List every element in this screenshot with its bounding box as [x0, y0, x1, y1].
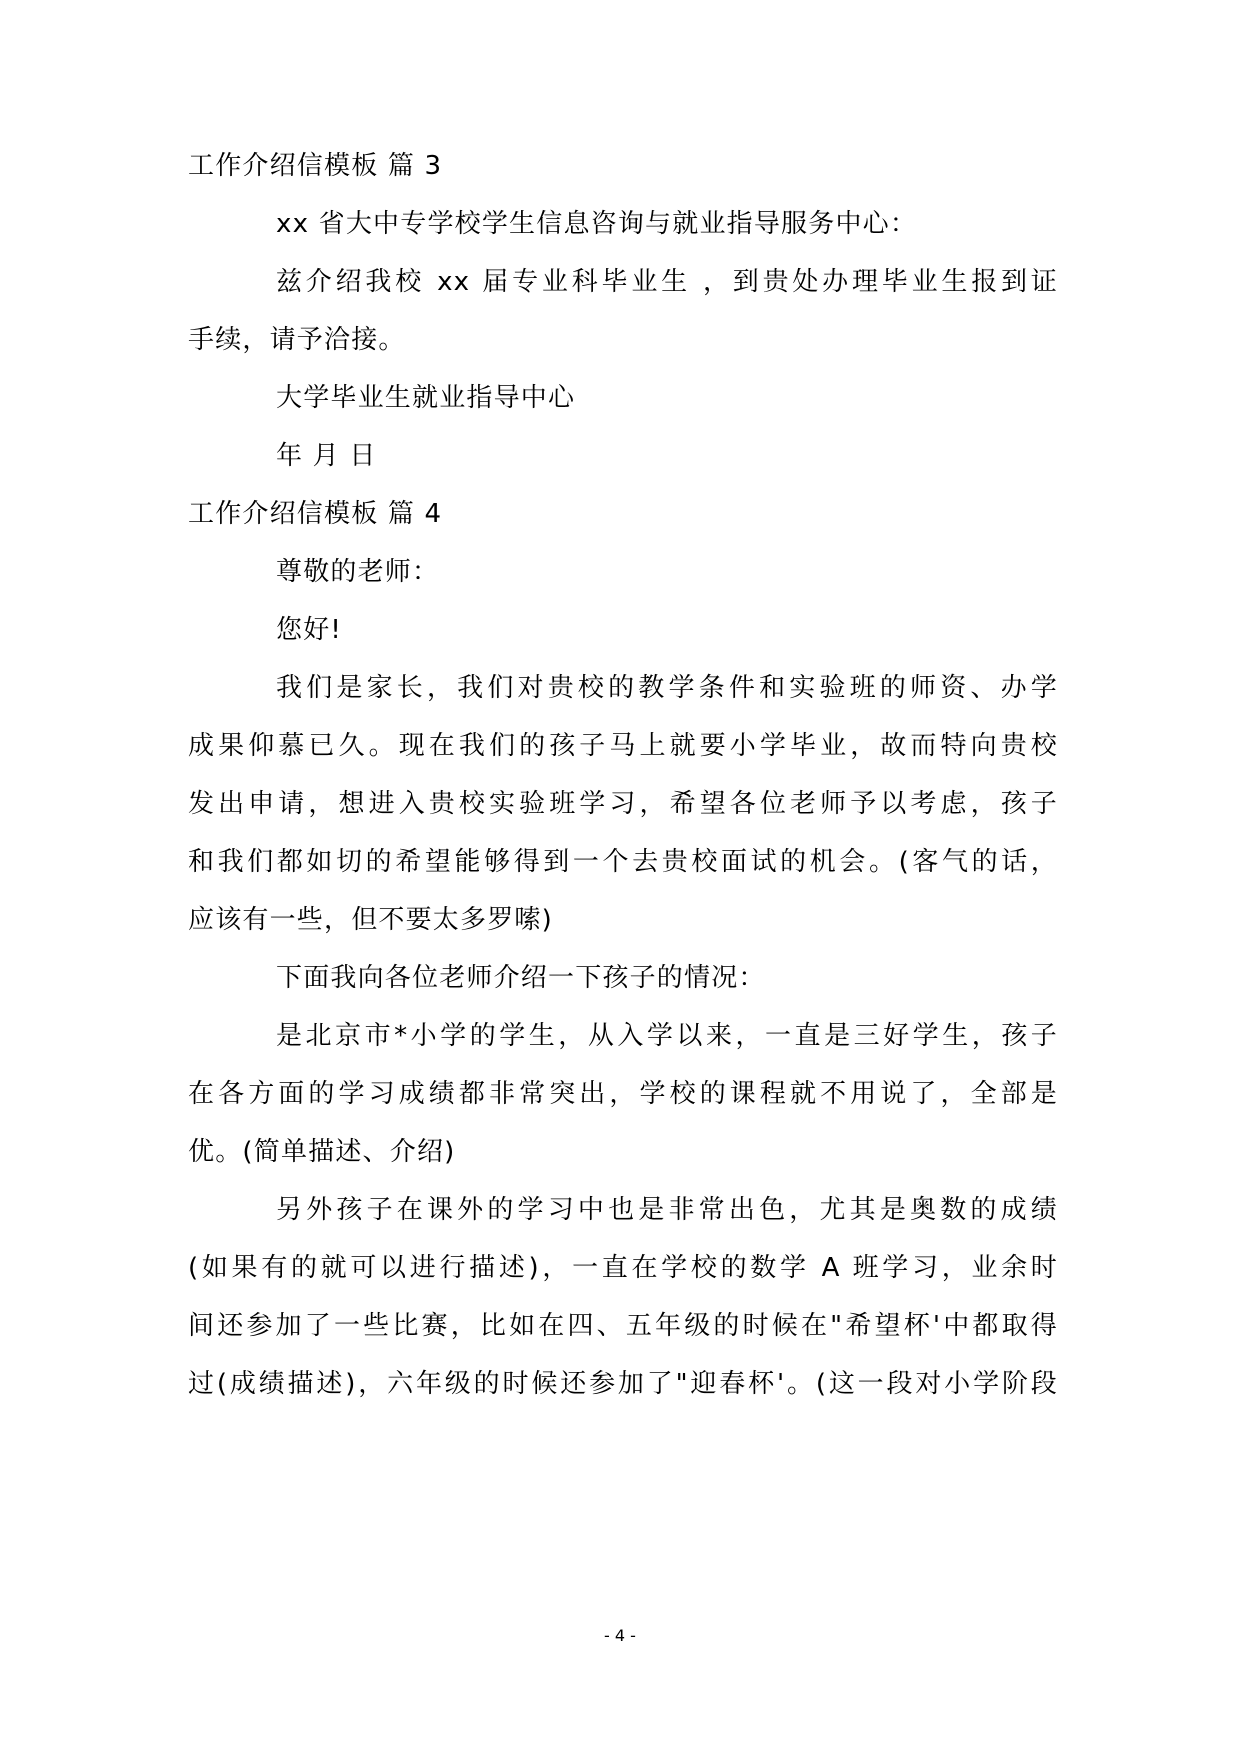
text-line: 是北京市*小学的学生，从入学以来，一直是三好学生，孩子: [276, 1018, 1058, 1054]
text-line: 成果仰慕已久。现在我们的孩子马上就要小学毕业，故而特向贵校: [188, 728, 1058, 764]
text-line: 您好!: [276, 612, 1058, 648]
section-heading: 工作介绍信模板 篇 3: [188, 148, 1058, 184]
text-line: 尊敬的老师：: [276, 554, 1058, 590]
text-line: 手续，请予洽接。: [188, 322, 1058, 358]
text-line: 下面我向各位老师介绍一下孩子的情况：: [276, 960, 1058, 996]
text-line: 和我们都如切的希望能够得到一个去贵校面试的机会。(客气的话，: [188, 844, 1058, 880]
text-line: 另外孩子在课外的学习中也是非常出色，尤其是奥数的成绩: [276, 1192, 1058, 1228]
section-heading: 工作介绍信模板 篇 4: [188, 496, 1058, 532]
text-line: 优。(简单描述、介绍): [188, 1134, 1058, 1170]
text-line: 年 月 日: [276, 438, 1058, 474]
text-line: xx 省大中专学校学生信息咨询与就业指导服务中心：: [276, 206, 1058, 242]
text-line: (如果有的就可以进行描述)，一直在学校的数学 A 班学习，业余时: [188, 1250, 1058, 1286]
document-page: 工作介绍信模板 篇 3xx 省大中专学校学生信息咨询与就业指导服务中心：兹介绍我…: [0, 0, 1240, 1753]
text-line: 在各方面的学习成绩都非常突出，学校的课程就不用说了，全部是: [188, 1076, 1058, 1112]
text-line: 过(成绩描述)，六年级的时候还参加了"迎春杯'。(这一段对小学阶段: [188, 1366, 1058, 1402]
text-line: 我们是家长，我们对贵校的教学条件和实验班的师资、办学: [276, 670, 1058, 706]
page-number: - 4 -: [0, 1626, 1240, 1645]
text-line: 间还参加了一些比赛，比如在四、五年级的时候在"希望杯'中都取得: [188, 1308, 1058, 1344]
text-line: 发出申请，想进入贵校实验班学习，希望各位老师予以考虑，孩子: [188, 786, 1058, 822]
text-line: 大学毕业生就业指导中心: [276, 380, 1058, 416]
text-line: 应该有一些，但不要太多罗嗦): [188, 902, 1058, 938]
text-line: 兹介绍我校 xx 届专业科毕业生 ，到贵处办理毕业生报到证: [276, 264, 1058, 300]
